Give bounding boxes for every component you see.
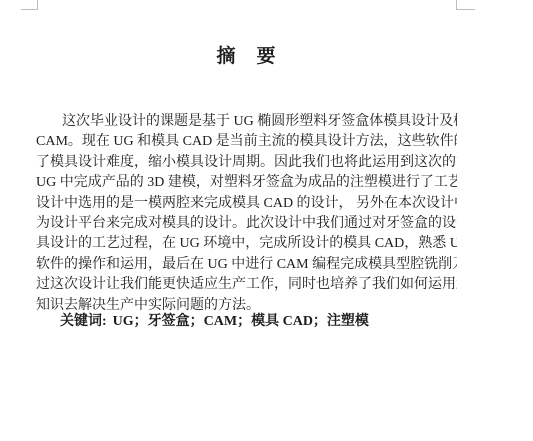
paragraph-line: UG 中完成产品的 3D 建模，对塑料牙签盒为成品的注塑模进行了工艺设计。这次 bbox=[36, 173, 457, 193]
paragraph-line: 过这次设计让我们能更快适应生产工作，同时也培养了我们如何运用过去所学的 bbox=[36, 275, 457, 295]
paragraph-line: 软件的操作和运用，最后在 UG 中进行 CAM 编程完成模具型腔铣削刀轨加工。通 bbox=[36, 255, 457, 275]
paragraph-line: 设计中选用的是一模两腔来完成模具 CAD 的设计， 另外在本次设计中我们以 UG bbox=[36, 194, 457, 214]
margin-crop-mark-top-right bbox=[456, 0, 475, 10]
margin-crop-mark-top-left bbox=[21, 0, 38, 10]
document-page: 摘 要 这次毕业设计的课题是基于 UG 椭圆形塑料牙签盒体模具设计及模具型腔CA… bbox=[0, 0, 533, 441]
keywords-value: UG；牙签盒；CAM；模具 CAD；注塑模 bbox=[113, 314, 369, 329]
abstract-title: 摘 要 bbox=[36, 45, 457, 68]
paragraph-line: CAM。现在 UG 和模具 CAD 是当前主流的模具设计方法，这些软件的应用大大… bbox=[36, 132, 457, 152]
abstract-paragraph: 这次毕业设计的课题是基于 UG 椭圆形塑料牙签盒体模具设计及模具型腔CAM。现在… bbox=[36, 112, 457, 316]
paragraph-line: 了模具设计难度，缩小模具设计周期。因此我们也将此运用到这次的设计，在 bbox=[36, 153, 457, 173]
keywords-line: 关键词:UG；牙签盒；CAM；模具 CAD；注塑模 bbox=[36, 312, 457, 332]
keywords-label: 关键词: bbox=[60, 314, 107, 329]
paragraph-line: 这次毕业设计的课题是基于 UG 椭圆形塑料牙签盒体模具设计及模具型腔 bbox=[36, 112, 457, 132]
paragraph-line: 为设计平台来完成对模具的设计。此次设计中我们通过对牙签盒的设计来了解模 bbox=[36, 214, 457, 234]
paragraph-line: 具设计的工艺过程，在 UG 环境中，完成所设计的模具 CAD，熟悉 UG 和模具… bbox=[36, 234, 457, 254]
